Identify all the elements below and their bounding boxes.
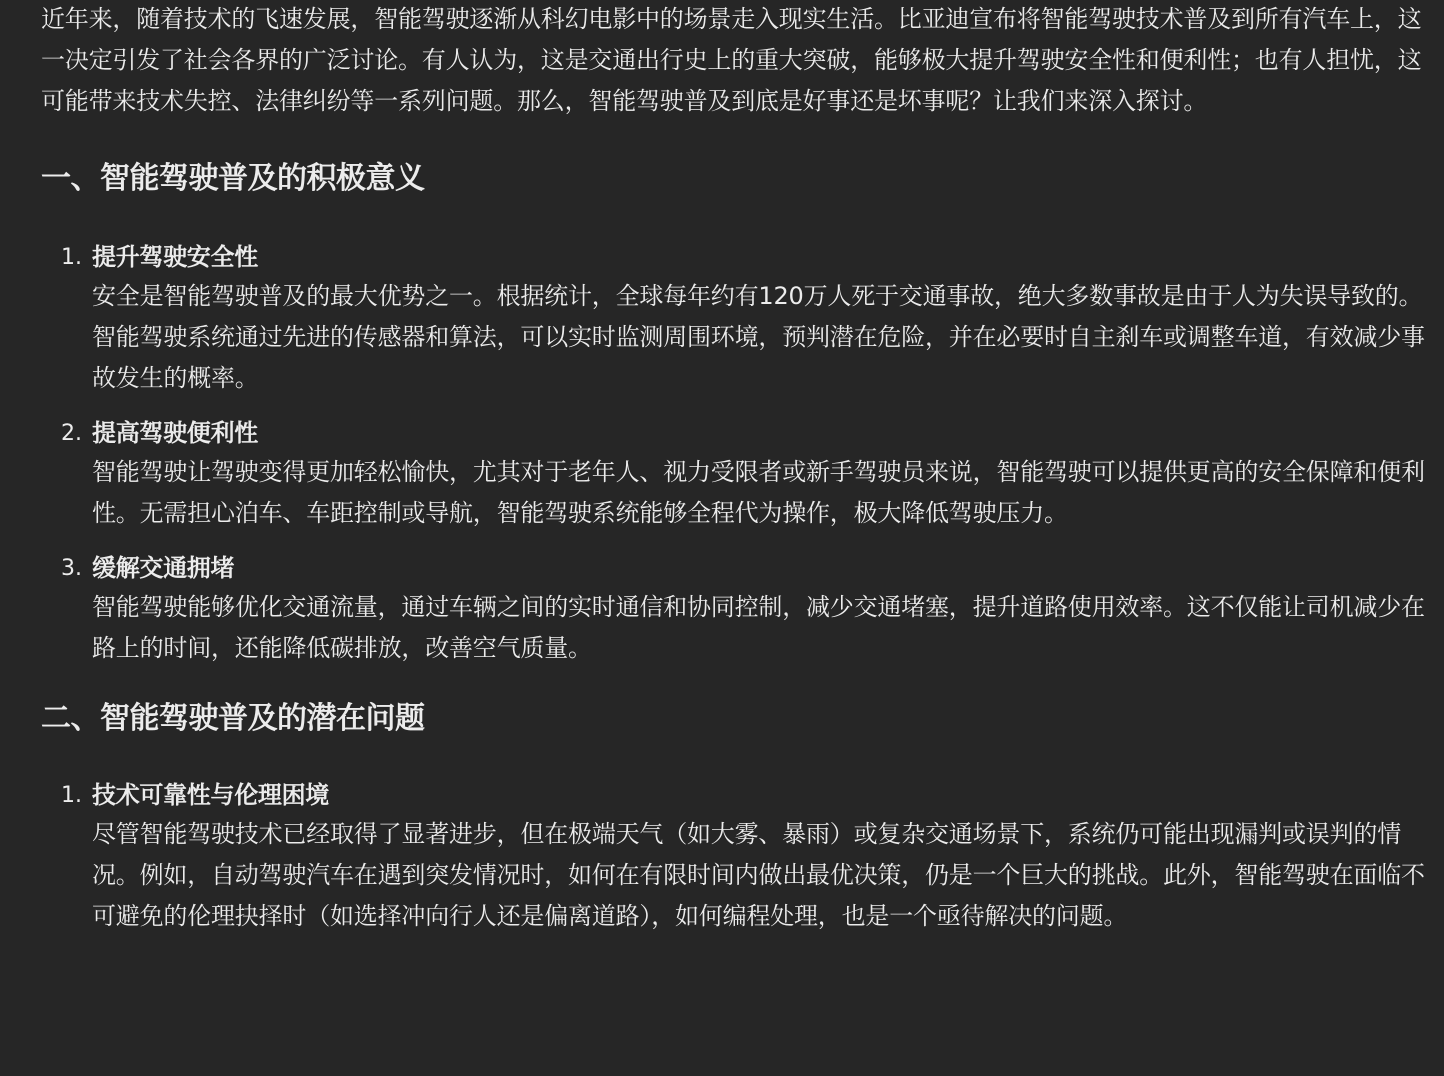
list-item: 3. 缓解交通拥堵 智能驾驶能够优化交通流量，通过车辆之间的实时通信和协同控制，… bbox=[41, 550, 1441, 669]
item-body: 尽管智能驾驶技术已经取得了显著进步，但在极端天气（如大雾、暴雨）或复杂交通场景下… bbox=[92, 814, 1441, 937]
list-item: 1. 技术可靠性与伦理困境 尽管智能驾驶技术已经取得了显著进步，但在极端天气（如… bbox=[41, 777, 1441, 937]
item-title: 提高驾驶便利性 bbox=[92, 415, 1441, 452]
list-number: 3. bbox=[61, 550, 82, 587]
problems-list: 1. 技术可靠性与伦理困境 尽管智能驾驶技术已经取得了显著进步，但在极端天气（如… bbox=[41, 777, 1441, 937]
section-heading-problems: 二、智能驾驶普及的潜在问题 bbox=[41, 699, 1441, 739]
item-title: 提升驾驶安全性 bbox=[92, 239, 1441, 276]
section-heading-positive: 一、智能驾驶普及的积极意义 bbox=[41, 159, 1441, 199]
item-title: 缓解交通拥堵 bbox=[92, 550, 1441, 587]
list-number: 1. bbox=[61, 239, 82, 276]
item-title: 技术可靠性与伦理困境 bbox=[92, 777, 1441, 814]
list-number: 2. bbox=[61, 415, 82, 452]
item-body: 安全是智能驾驶普及的最大优势之一。根据统计，全球每年约有120万人死于交通事故，… bbox=[92, 276, 1441, 399]
article-content: 近年来，随着技术的飞速发展，智能驾驶逐渐从科幻电影中的场景走入现实生活。比亚迪宣… bbox=[0, 0, 1441, 937]
list-number: 1. bbox=[61, 777, 82, 814]
list-item: 1. 提升驾驶安全性 安全是智能驾驶普及的最大优势之一。根据统计，全球每年约有1… bbox=[41, 239, 1441, 399]
item-body: 智能驾驶让驾驶变得更加轻松愉快，尤其对于老年人、视力受限者或新手驾驶员来说，智能… bbox=[92, 452, 1441, 534]
positive-list: 1. 提升驾驶安全性 安全是智能驾驶普及的最大优势之一。根据统计，全球每年约有1… bbox=[41, 239, 1441, 669]
intro-paragraph: 近年来，随着技术的飞速发展，智能驾驶逐渐从科幻电影中的场景走入现实生活。比亚迪宣… bbox=[41, 0, 1441, 122]
list-item: 2. 提高驾驶便利性 智能驾驶让驾驶变得更加轻松愉快，尤其对于老年人、视力受限者… bbox=[41, 415, 1441, 534]
item-body: 智能驾驶能够优化交通流量，通过车辆之间的实时通信和协同控制，减少交通堵塞，提升道… bbox=[92, 587, 1441, 669]
